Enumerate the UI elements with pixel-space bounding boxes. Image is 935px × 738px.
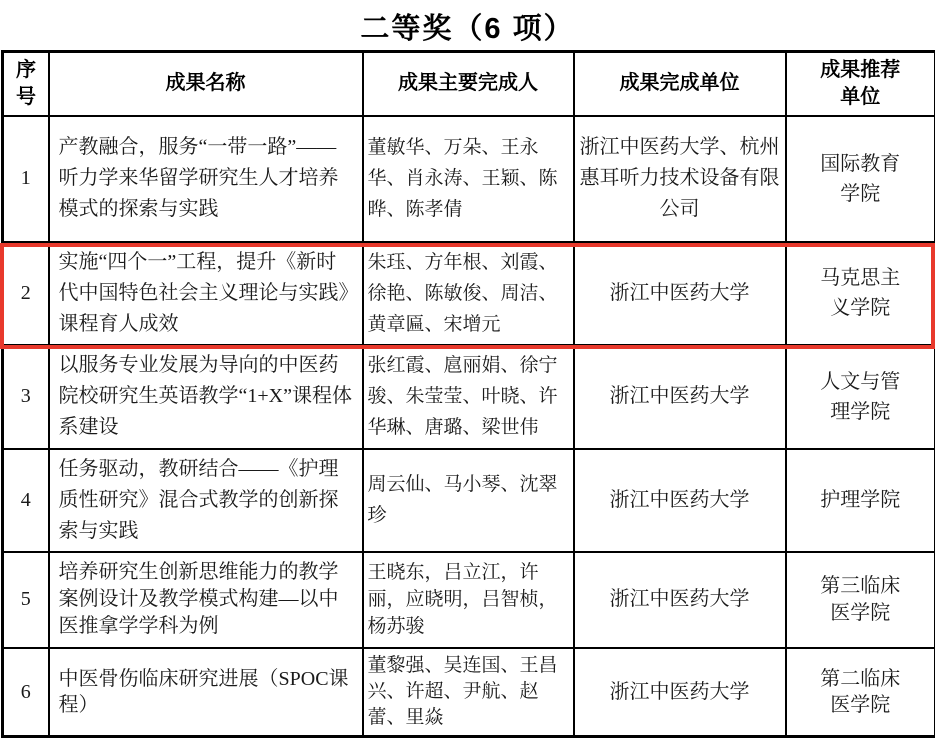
cell-name: 实施“四个一”工程，提升《新时代中国特色社会主义理论与实践》课程育人成效 (49, 242, 363, 345)
table-row: 6 中医骨伤临床研究进展（SPOC课程） 董黎强、吴连国、王昌兴、许超、尹航、赵… (3, 648, 935, 737)
col-header-contributors: 成果主要完成人 (363, 52, 574, 116)
table-row: 1 产教融合，服务“一带一路”——听力学来华留学研究生人才培养模式的探索与实践 … (3, 116, 935, 242)
cell-recommender: 第三临床医学院 (786, 552, 935, 648)
cell-contributors: 董黎强、吴连国、王昌兴、许超、尹航、赵蕾、里焱 (363, 648, 574, 737)
cell-unit: 浙江中医药大学 (574, 648, 786, 737)
cell-recommender: 护理学院 (786, 449, 935, 552)
table-row-highlighted: 2 实施“四个一”工程，提升《新时代中国特色社会主义理论与实践》课程育人成效 朱… (3, 242, 935, 345)
awards-table: 序号 成果名称 成果主要完成人 成果完成单位 成果推荐单位 1 产教融合，服务“… (1, 50, 935, 738)
cell-contributors: 朱珏、方年根、刘霞、徐艳、陈敏俊、周洁、黄章匾、宋增元 (363, 242, 574, 345)
page-title: 二等奖（6 项） (0, 0, 935, 50)
col-header-recommender: 成果推荐单位 (786, 52, 935, 116)
cell-contributors: 周云仙、马小琴、沈翠珍 (363, 449, 574, 552)
cell-contributors: 王晓东，吕立江，许丽，应晓明，吕智桢，杨苏骏 (363, 552, 574, 648)
cell-name: 培养研究生创新思维能力的教学案例设计及教学模式构建—以中医推拿学学科为例 (49, 552, 363, 648)
cell-recommender: 马克思主义学院 (786, 242, 935, 345)
col-header-name: 成果名称 (49, 52, 363, 116)
cell-name: 产教融合，服务“一带一路”——听力学来华留学研究生人才培养模式的探索与实践 (49, 116, 363, 242)
cell-recommender: 人文与管理学院 (786, 345, 935, 449)
cell-recommender: 国际教育学院 (786, 116, 935, 242)
cell-index: 4 (3, 449, 49, 552)
col-header-unit: 成果完成单位 (574, 52, 786, 116)
cell-index: 6 (3, 648, 49, 737)
cell-unit: 浙江中医药大学、杭州惠耳听力技术设备有限公司 (574, 116, 786, 242)
cell-name: 任务驱动，教研结合——《护理质性研究》混合式教学的创新探索与实践 (49, 449, 363, 552)
cell-name: 中医骨伤临床研究进展（SPOC课程） (49, 648, 363, 737)
cell-name: 以服务专业发展为导向的中医药院校研究生英语教学“1+X”课程体系建设 (49, 345, 363, 449)
cell-index: 5 (3, 552, 49, 648)
cell-index: 3 (3, 345, 49, 449)
cell-recommender: 第二临床医学院 (786, 648, 935, 737)
cell-unit: 浙江中医药大学 (574, 449, 786, 552)
table-header-row: 序号 成果名称 成果主要完成人 成果完成单位 成果推荐单位 (3, 52, 935, 116)
cell-unit: 浙江中医药大学 (574, 242, 786, 345)
table-row: 3 以服务专业发展为导向的中医药院校研究生英语教学“1+X”课程体系建设 张红霞… (3, 345, 935, 449)
table-row: 5 培养研究生创新思维能力的教学案例设计及教学模式构建—以中医推拿学学科为例 王… (3, 552, 935, 648)
cell-unit: 浙江中医药大学 (574, 552, 786, 648)
col-header-index: 序号 (3, 52, 49, 116)
cell-contributors: 张红霞、扈丽娟、徐宁骏、朱莹莹、叶晓、许华琳、唐璐、梁世伟 (363, 345, 574, 449)
table-row: 4 任务驱动，教研结合——《护理质性研究》混合式教学的创新探索与实践 周云仙、马… (3, 449, 935, 552)
document-page: 二等奖（6 项） 序号 成果名称 成果主要完成人 成果完成单位 成果推荐单位 1… (0, 0, 935, 738)
cell-unit: 浙江中医药大学 (574, 345, 786, 449)
cell-index: 1 (3, 116, 49, 242)
cell-index: 2 (3, 242, 49, 345)
cell-contributors: 董敏华、万朵、王永华、肖永涛、王颖、陈晔、陈孝倩 (363, 116, 574, 242)
